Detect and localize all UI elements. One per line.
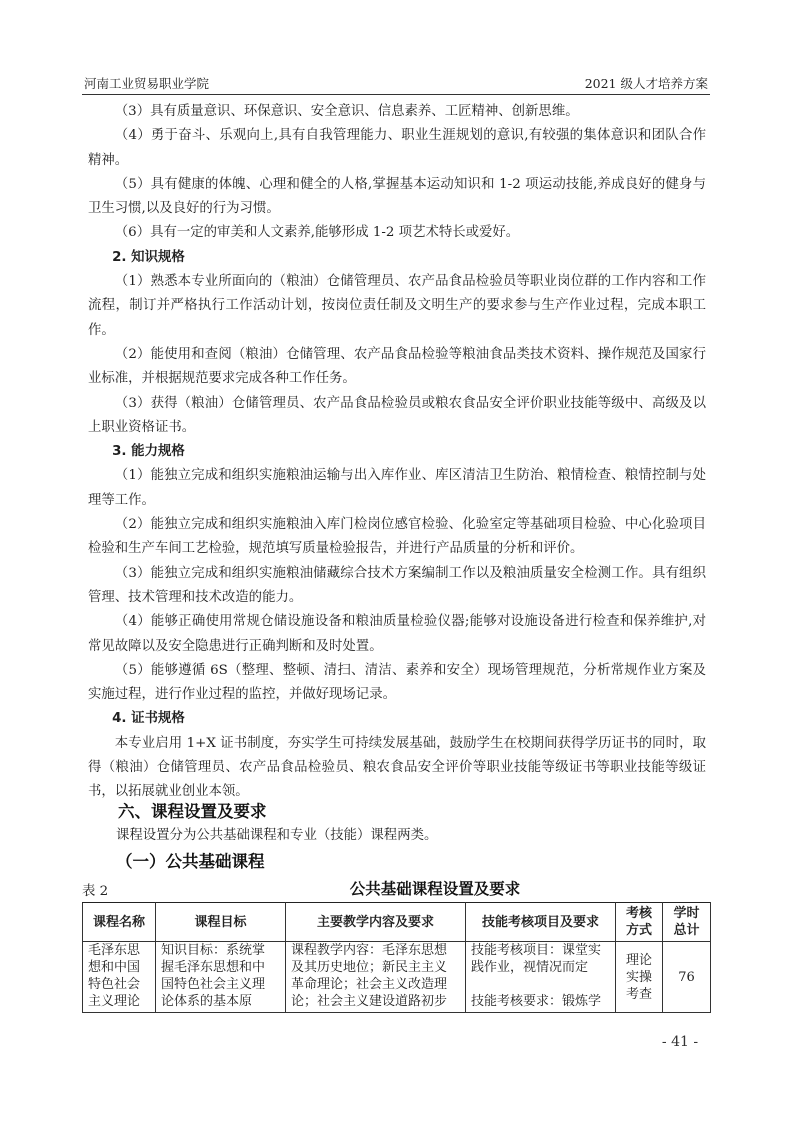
- course-table: 课程名称 课程目标 主要教学内容及要求 技能考核项目及要求 考核 方式 学时 总…: [82, 902, 711, 1013]
- table-title: 公共基础课程设置及要求: [285, 877, 585, 899]
- header-course-goal: 课程目标: [156, 903, 286, 942]
- header-skill-assessment: 技能考核项目及要求: [466, 903, 616, 942]
- document-page: 河南工业贸易职业学院 2021 级人才培养方案 （3）具有质量意识、环保意识、安…: [0, 0, 793, 1122]
- knowledge-heading: 2. 知识规格: [88, 246, 706, 270]
- knowledge-item: （2）能使用和查阅（粮油）仓储管理、农产品食品检验等粮油食品类技术资料、操作规范…: [88, 343, 706, 392]
- certificate-text: 本专业启用 1+X 证书制度，夯实学生可持续发展基础，鼓励学生在校期间获得学历证…: [88, 732, 706, 805]
- quality-item: （4）勇于奋斗、乐观向上,具有自我管理能力、职业生涯规划的意识,有较强的集体意识…: [88, 124, 706, 173]
- header-teaching-content: 主要教学内容及要求: [286, 903, 466, 942]
- table-row: 毛泽东思 想和中国 特色社会 主义理论 知识目标：系统掌 握毛泽东思想和中 国特…: [83, 942, 711, 1013]
- ability-item: （1）能独立完成和组织实施粮油运输与出入库作业、库区清洁卫生防治、粮情检查、粮情…: [88, 464, 706, 513]
- cell-assessment-method: 理论 实操 考查: [616, 942, 663, 1013]
- header-assessment-method: 考核 方式: [616, 903, 663, 942]
- cell-course-name: 毛泽东思 想和中国 特色社会 主义理论: [83, 942, 156, 1013]
- cell-skill-assessment: 技能考核项目：课堂实 践作业，视情况而定 技能考核要求：锻炼学: [466, 942, 616, 1013]
- header-course-name: 课程名称: [83, 903, 156, 942]
- knowledge-item: （1）熟悉本专业所面向的（粮油）仓储管理员、农产品食品检验员等职业岗位群的工作内…: [88, 270, 706, 343]
- header-plan-title: 2021 级人才培养方案: [585, 74, 708, 92]
- ability-item: （2）能独立完成和组织实施粮油入库门检岗位感官检验、化验室定等基础项目检验、中心…: [88, 513, 706, 562]
- body-text: （3）具有质量意识、环保意识、安全意识、信息素养、工匠精神、创新思维。 （4）勇…: [88, 100, 706, 805]
- cell-teaching-content: 课程教学内容：毛泽东思想 及其历史地位；新民主主义 革命理论；社会主义改造理 论…: [286, 942, 466, 1013]
- cell-total-hours: 76: [663, 942, 711, 1013]
- certificate-heading: 4. 证书规格: [88, 707, 706, 731]
- table-header-row: 课程名称 课程目标 主要教学内容及要求 技能考核项目及要求 考核 方式 学时 总…: [83, 903, 711, 942]
- cell-course-goal: 知识目标：系统掌 握毛泽东思想和中 国特色社会主义理 论体系的基本原: [156, 942, 286, 1013]
- header-institution: 河南工业贸易职业学院: [84, 74, 209, 92]
- quality-item: （3）具有质量意识、环保意识、安全意识、信息素养、工匠精神、创新思维。: [88, 100, 706, 124]
- ability-item: （3）能独立完成和组织实施粮油储藏综合技术方案编制工作以及粮油质量安全检测工作。…: [88, 562, 706, 611]
- section-intro: 课程设置分为公共基础课程和专业（技能）课程两类。: [116, 824, 437, 843]
- header-total-hours: 学时 总计: [663, 903, 711, 942]
- section-heading: 六、课程设置及要求: [118, 798, 267, 822]
- ability-heading: 3. 能力规格: [88, 440, 706, 464]
- quality-item: （5）具有健康的体魄、心理和健全的人格,掌握基本运动知识和 1-2 项运动技能,…: [88, 173, 706, 222]
- page-number: - 41 -: [640, 1034, 720, 1050]
- page-header: 河南工业贸易职业学院 2021 级人才培养方案: [82, 74, 710, 94]
- subsection-heading: （一）公共基础课程: [116, 848, 265, 872]
- header-divider: [82, 94, 710, 95]
- ability-item: （4）能够正确使用常规仓储设施设备和粮油质量检验仪器;能够对设施设备进行检查和保…: [88, 610, 706, 659]
- knowledge-item: （3）获得（粮油）仓储管理员、农产品食品检验员或粮农食品安全评价职业技能等级中、…: [88, 392, 706, 441]
- table-label: 表 2: [82, 880, 108, 899]
- ability-item: （5）能够遵循 6S（整理、整顿、清扫、清洁、素养和安全）现场管理规范，分析常规…: [88, 659, 706, 708]
- quality-item: （6）具有一定的审美和人文素养,能够形成 1-2 项艺术特长或爱好。: [88, 221, 706, 245]
